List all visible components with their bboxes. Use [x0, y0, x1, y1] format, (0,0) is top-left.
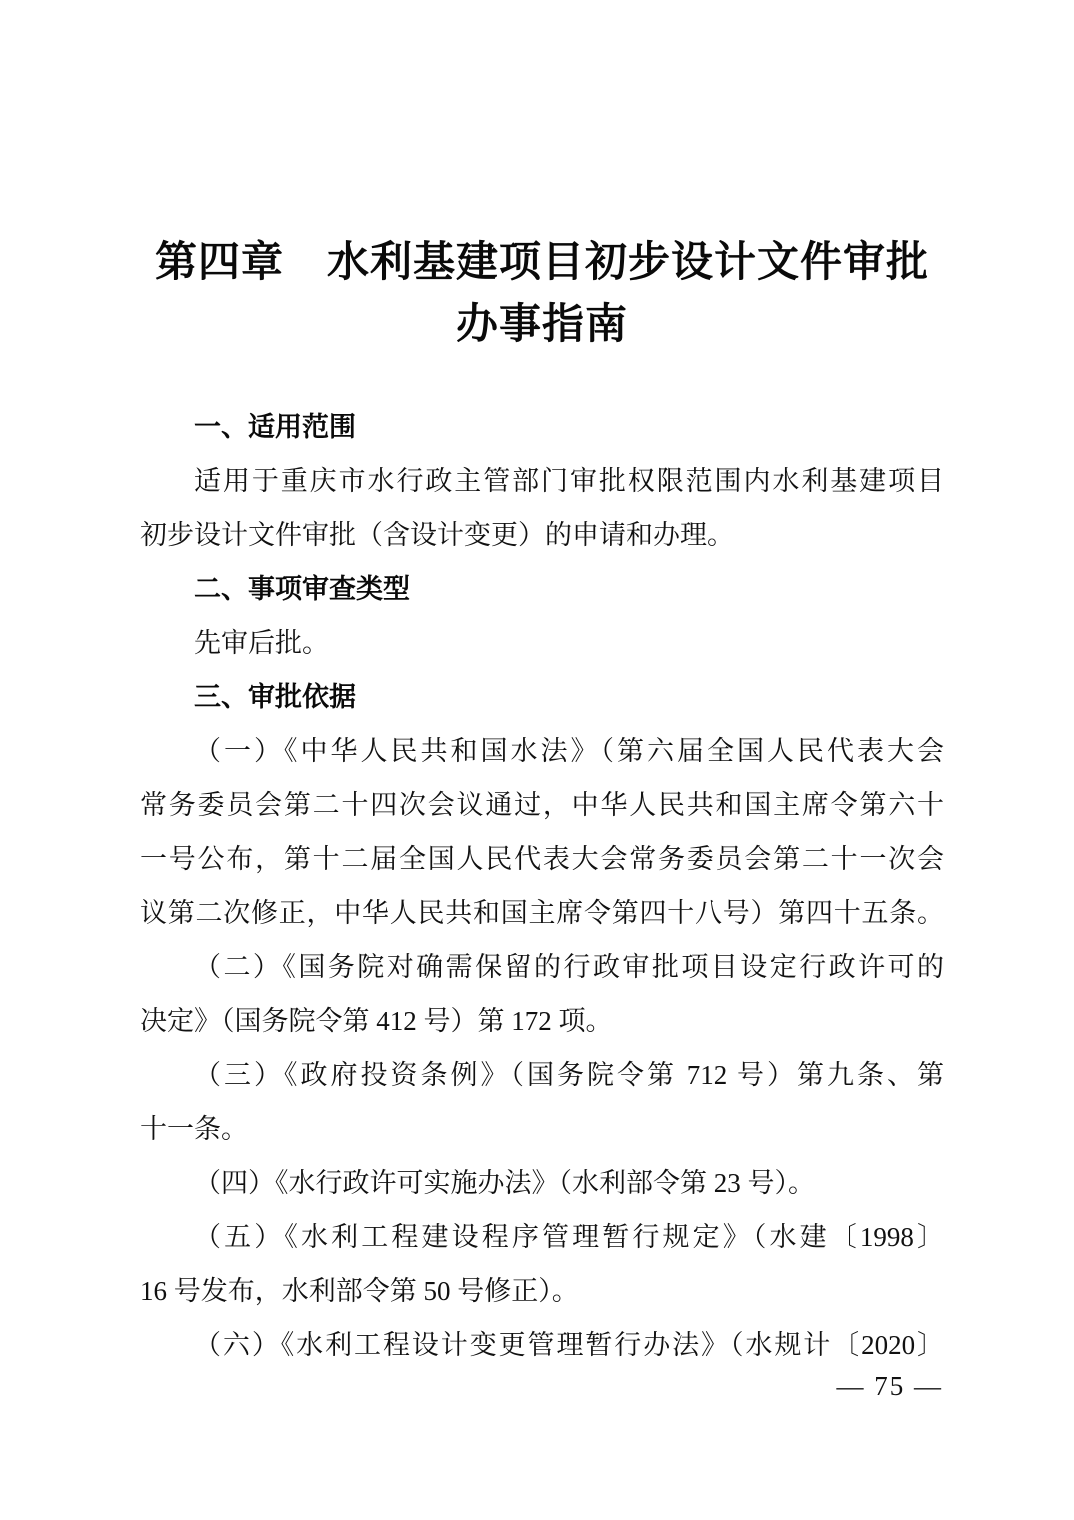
- document-page: 第四章 水利基建项目初步设计文件审批 办事指南 一、适用范围 适用于重庆市水行政…: [0, 0, 1074, 1520]
- paragraph: （一）《中华人民共和国水法》（第六届全国人民代表大会 常务委员会第二十四次会议通…: [140, 724, 944, 940]
- section-heading-scope: 一、适用范围: [140, 400, 944, 454]
- chapter-title-line1: 第四章 水利基建项目初步设计文件审批: [140, 232, 944, 294]
- paragraph-line: 议第二次修正，中华人民共和国主席令第四十八号）第四十五条。: [140, 886, 944, 940]
- paragraph: （五）《水利工程建设程序管理暂行规定》（水建〔1998〕 16 号发布，水利部令…: [140, 1210, 944, 1318]
- paragraph-line: 十一条。: [140, 1102, 944, 1156]
- paragraph-line: 16 号发布，水利部令第 50 号修正）。: [140, 1264, 944, 1318]
- chapter-title-line2: 办事指南: [140, 294, 944, 356]
- section-heading-review-type: 二、事项审查类型: [140, 562, 944, 616]
- paragraph: （四）《水行政许可实施办法》（水利部令第 23 号）。: [140, 1156, 944, 1210]
- page-content: 第四章 水利基建项目初步设计文件审批 办事指南 一、适用范围 适用于重庆市水行政…: [140, 232, 944, 1372]
- paragraph-line: （四）《水行政许可实施办法》（水利部令第 23 号）。: [140, 1156, 944, 1210]
- paragraph-line: 常务委员会第二十四次会议通过，中华人民共和国主席令第六十: [140, 778, 944, 832]
- paragraph: 先审后批。: [140, 616, 944, 670]
- paragraph-line: 初步设计文件审批（含设计变更）的申请和办理。: [140, 508, 944, 562]
- paragraph-line: （五）《水利工程建设程序管理暂行规定》（水建〔1998〕: [140, 1210, 944, 1264]
- chapter-title: 第四章 水利基建项目初步设计文件审批 办事指南: [140, 232, 944, 356]
- paragraph-line: 先审后批。: [140, 616, 944, 670]
- page-number: — 75 —: [837, 1366, 944, 1406]
- paragraph: （二）《国务院对确需保留的行政审批项目设定行政许可的 决定》（国务院令第 412…: [140, 940, 944, 1048]
- paragraph-line: 一号公布，第十二届全国人民代表大会常务委员会第二十一次会: [140, 832, 944, 886]
- paragraph-line: 决定》（国务院令第 412 号）第 172 项。: [140, 994, 944, 1048]
- section-heading-approval-basis: 三、审批依据: [140, 670, 944, 724]
- paragraph-line: （一）《中华人民共和国水法》（第六届全国人民代表大会: [140, 724, 944, 778]
- paragraph-line: （三）《政府投资条例》（国务院令第 712 号）第九条、第: [140, 1048, 944, 1102]
- paragraph: 适用于重庆市水行政主管部门审批权限范围内水利基建项目 初步设计文件审批（含设计变…: [140, 454, 944, 562]
- paragraph: （三）《政府投资条例》（国务院令第 712 号）第九条、第 十一条。: [140, 1048, 944, 1156]
- paragraph-line: （二）《国务院对确需保留的行政审批项目设定行政许可的: [140, 940, 944, 994]
- paragraph-line: （六）《水利工程设计变更管理暂行办法》（水规计〔2020〕: [140, 1318, 944, 1372]
- paragraph: （六）《水利工程设计变更管理暂行办法》（水规计〔2020〕: [140, 1318, 944, 1372]
- paragraph-line: 适用于重庆市水行政主管部门审批权限范围内水利基建项目: [140, 454, 944, 508]
